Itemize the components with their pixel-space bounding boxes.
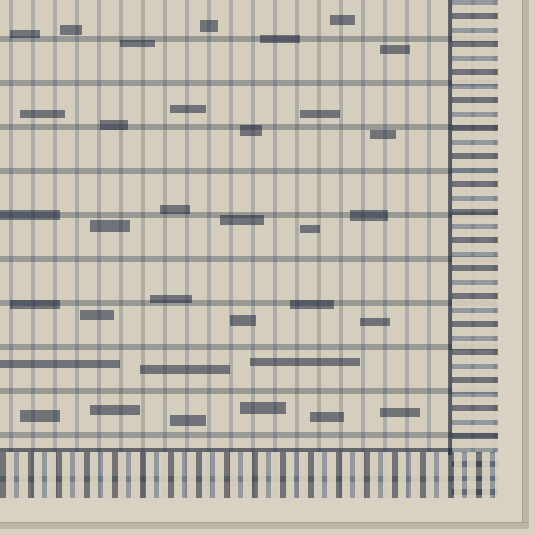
rug-border-right bbox=[452, 0, 498, 495]
rug-inner-line-right bbox=[448, 0, 452, 455]
rug-binding-right bbox=[522, 0, 529, 528]
rug-plain-edge-right bbox=[498, 0, 535, 535]
rug-border-bottom bbox=[0, 452, 498, 498]
rug-binding-bottom bbox=[0, 522, 528, 529]
rug-inner-line-bottom bbox=[0, 448, 452, 452]
rug-plain-edge-bottom bbox=[0, 498, 535, 535]
rug-photo bbox=[0, 0, 535, 535]
